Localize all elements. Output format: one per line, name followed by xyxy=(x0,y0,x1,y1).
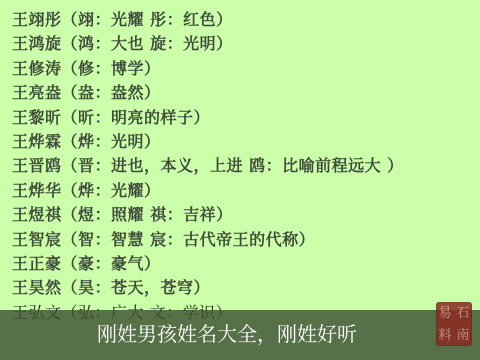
seal-char: 料 xyxy=(438,329,451,342)
name-entry: 王烨霖（烨：光明） xyxy=(12,130,404,154)
seal-char: 南 xyxy=(456,329,469,342)
name-entry: 王晋鸥（晋：进也，本义，上进 鸥：比喻前程远大 ） xyxy=(12,154,404,178)
seal-logo-icon: 易 石 料 南 xyxy=(436,302,472,346)
name-entry: 王烨华（烨：光耀） xyxy=(12,179,404,203)
name-entry: 王黎昕（昕：明亮的样子） xyxy=(12,106,404,130)
name-entry: 王亮盎（盎：盎然） xyxy=(12,81,404,105)
name-entry: 王智宸（智：智慧 宸：古代帝王的代称） xyxy=(12,228,404,252)
seal-char: 易 xyxy=(438,307,451,320)
caption-title: 刚姓男孩姓名大全，刚姓好听 xyxy=(97,318,357,347)
name-entry: 王正豪（豪：豪气） xyxy=(12,252,404,276)
name-entry: 王煜祺（煜：照耀 祺：吉祥） xyxy=(12,203,404,227)
name-entry: 王翊彤（翊：光耀 彤：红色） xyxy=(12,8,404,32)
name-entry: 王修涛（修：博学） xyxy=(12,57,404,81)
name-entry: 王鸿旋（鸿：大也 旋：光明） xyxy=(12,32,404,56)
name-list: 王翊彤（翊：光耀 彤：红色） 王鸿旋（鸿：大也 旋：光明） 王修涛（修：博学） … xyxy=(12,8,404,325)
seal-char: 石 xyxy=(456,307,469,320)
name-entry: 王昊然（昊：苍天，苍穹） xyxy=(12,276,404,300)
